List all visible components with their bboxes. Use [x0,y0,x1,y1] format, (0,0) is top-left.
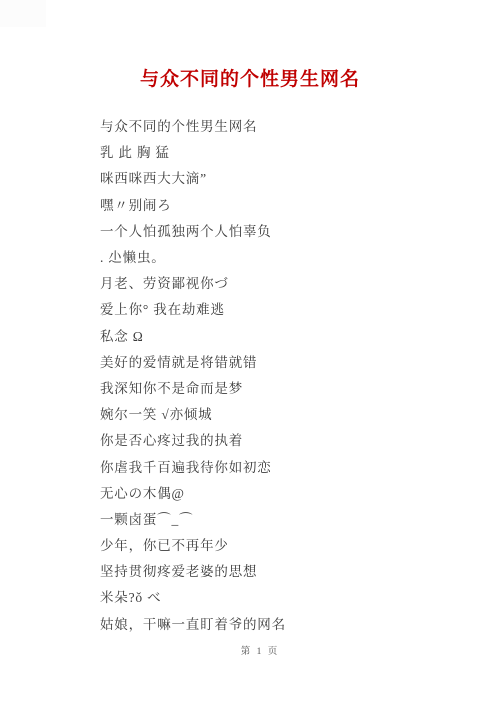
list-item: . 尐懒虫。 [100,243,430,269]
list-item: 米朵?ǒ べ [100,583,430,609]
list-item: 姑娘，干嘛一直盯着爷的网名 [100,610,430,636]
page-title: 与众不同的个性男生网名 [0,64,500,91]
list-item: 月老、劳资鄙视你づ [100,269,430,295]
list-item: 无心の木偶@ [100,479,430,505]
list-item: 你是否心疼过我的执着 [100,426,430,452]
list-item: 一个人怕孤独两个人怕辜负 [100,217,430,243]
page-number: 第 1 页 [100,643,420,657]
list-item: 嘿〃别闹ろ [100,191,430,217]
corner-artifact [0,0,46,27]
list-item: 我深知你不是命而是梦 [100,374,430,400]
list-item: 你虐我千百遍我待你如初恋 [100,452,430,478]
name-list: 与众不同的个性男生网名乳 此 胸 猛咪西咪西大大滴”嘿〃别闹ろ一个人怕孤独两个人… [100,112,430,636]
list-item: 婉尔一笑 √亦倾城 [100,400,430,426]
list-item: 爱上你° 我在劫难逃 [100,295,430,321]
list-item: 少年，你已不再年少 [100,531,430,557]
list-item: 私念 Ω [100,322,430,348]
list-item: 一颗卤蛋⌒_⌒ [100,505,430,531]
document-page: 与众不同的个性男生网名 与众不同的个性男生网名乳 此 胸 猛咪西咪西大大滴”嘿〃… [0,0,500,708]
list-item: 乳 此 胸 猛 [100,138,430,164]
list-item: 美好的爱情就是将错就错 [100,348,430,374]
list-item: 咪西咪西大大滴” [100,164,430,190]
list-item: 坚持贯彻疼爱老婆的思想 [100,557,430,583]
list-item: 与众不同的个性男生网名 [100,112,430,138]
